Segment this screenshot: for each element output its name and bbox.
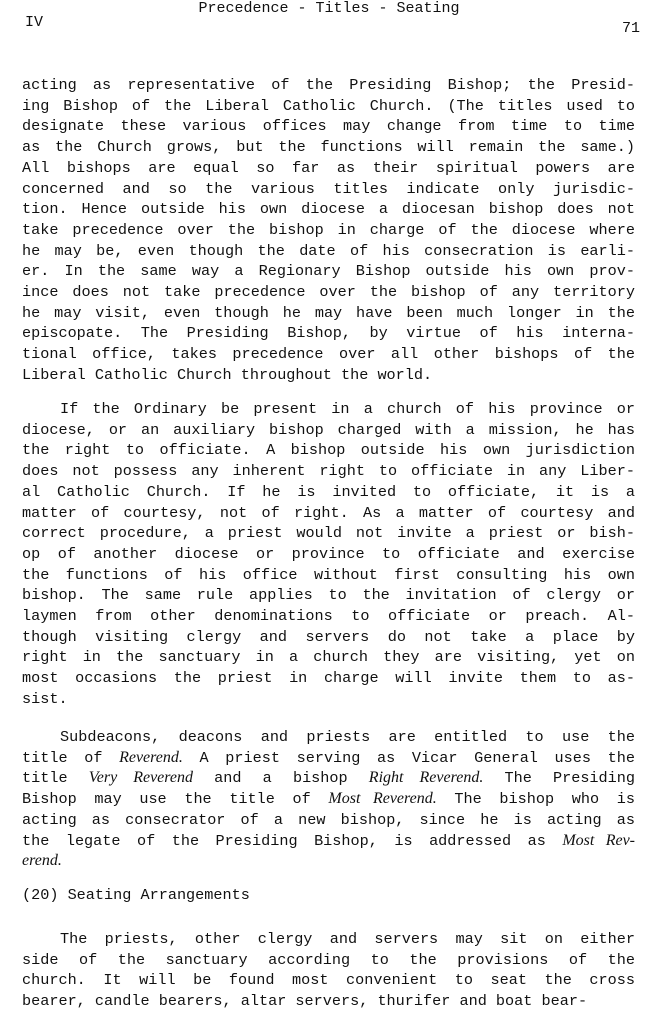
running-title: Precedence - Titles - Seating xyxy=(0,0,658,17)
page-number: 71 xyxy=(622,20,640,37)
text-line: concerned and so the various titles indi… xyxy=(22,180,635,198)
text-line: episcopate. The Presiding Bishop, by vir… xyxy=(22,324,635,342)
text-line: title Very Reverend and a bishop Right R… xyxy=(22,769,635,787)
text-line: ing Bishop of the Liberal Catholic Churc… xyxy=(22,97,635,115)
text-line: sist. xyxy=(22,690,635,708)
italic-title: Most Rev- xyxy=(562,832,635,849)
text-line: though visiting clergy and servers do no… xyxy=(22,628,635,646)
italic-title: Very Reverend xyxy=(89,769,193,786)
text-line: the functions of his office without firs… xyxy=(22,566,635,584)
text-run: and a bishop xyxy=(193,769,369,787)
text-line: acting as consecrator of a new bishop, s… xyxy=(22,811,635,829)
text-line: matter of courtesy, not of right. As a m… xyxy=(22,504,635,522)
text-line: most occasions the priest in charge will… xyxy=(22,669,635,687)
text-run: Subdeacons, deacons and priests are enti… xyxy=(60,728,635,746)
text-run: The bishop who is xyxy=(437,790,635,808)
text-run: title of xyxy=(22,749,119,767)
text-line: side of the sanctuary according to the p… xyxy=(22,951,635,969)
text-line: take precedence over the bishop in charg… xyxy=(22,221,635,239)
text-line: the legate of the Presiding Bishop, is a… xyxy=(22,832,635,850)
chapter-number: IV xyxy=(25,14,43,31)
text-line: ince does not take precedence over the b… xyxy=(22,283,635,301)
italic-title: Reverend. xyxy=(119,749,183,766)
italic-title: erend. xyxy=(22,852,62,869)
text-run: Bishop may use the title of xyxy=(22,790,328,808)
section-heading: (20) Seating Arrangements xyxy=(22,886,250,904)
text-line: he may visit, even though he may have be… xyxy=(22,304,635,322)
text-line: the right to officiate. A bishop outside… xyxy=(22,441,635,459)
italic-title: Right Reverend. xyxy=(369,769,484,786)
text-line: church. It will be found most convenient… xyxy=(22,971,635,989)
text-line: op of another diocese or province to off… xyxy=(22,545,635,563)
text-line: tional office, takes precedence over all… xyxy=(22,345,635,363)
text-line: al Catholic Church. If he is invited to … xyxy=(22,483,635,501)
text-line: bearer, candle bearers, altar servers, t… xyxy=(22,992,635,1010)
text-line: Subdeacons, deacons and priests are enti… xyxy=(22,728,635,746)
italic-title: Most Reverend. xyxy=(328,790,436,807)
text-line: correct procedure, a priest would not in… xyxy=(22,524,635,542)
text-line: acting as representative of the Presidin… xyxy=(22,76,635,94)
text-line: designate these various offices may chan… xyxy=(22,117,635,135)
text-line: If the Ordinary be present in a church o… xyxy=(22,400,635,418)
text-line: Bishop may use the title of Most Reveren… xyxy=(22,790,635,808)
text-line: Liberal Catholic Church throughout the w… xyxy=(22,366,635,384)
text-line: er. In the same way a Regionary Bishop o… xyxy=(22,262,635,280)
text-run: title xyxy=(22,769,89,787)
text-line: as the Church grows, but the functions w… xyxy=(22,138,635,156)
text-line: laymen from other denominations to offic… xyxy=(22,607,635,625)
text-run: acting as consecrator of a new bishop, s… xyxy=(22,811,635,829)
text-line: All bishops are equal so far as their sp… xyxy=(22,159,635,177)
text-line: diocese, or an auxiliary bishop charged … xyxy=(22,421,635,439)
text-line: he may be, even though the date of his c… xyxy=(22,242,635,260)
text-line: right in the sanctuary in a church they … xyxy=(22,648,635,666)
text-line: does not possess any inherent right to o… xyxy=(22,462,635,480)
text-run: The Presiding xyxy=(483,769,635,787)
text-line: tion. Hence outside his own diocese a di… xyxy=(22,200,635,218)
text-line: erend. xyxy=(22,852,635,870)
text-line: title of Reverend. A priest serving as V… xyxy=(22,749,635,767)
text-run: the legate of the Presiding Bishop, is a… xyxy=(22,832,562,850)
text-line: The priests, other clergy and servers ma… xyxy=(22,930,635,948)
text-line: bishop. The same rule applies to the inv… xyxy=(22,586,635,604)
text-run: A priest serving as Vicar General uses t… xyxy=(183,749,635,767)
